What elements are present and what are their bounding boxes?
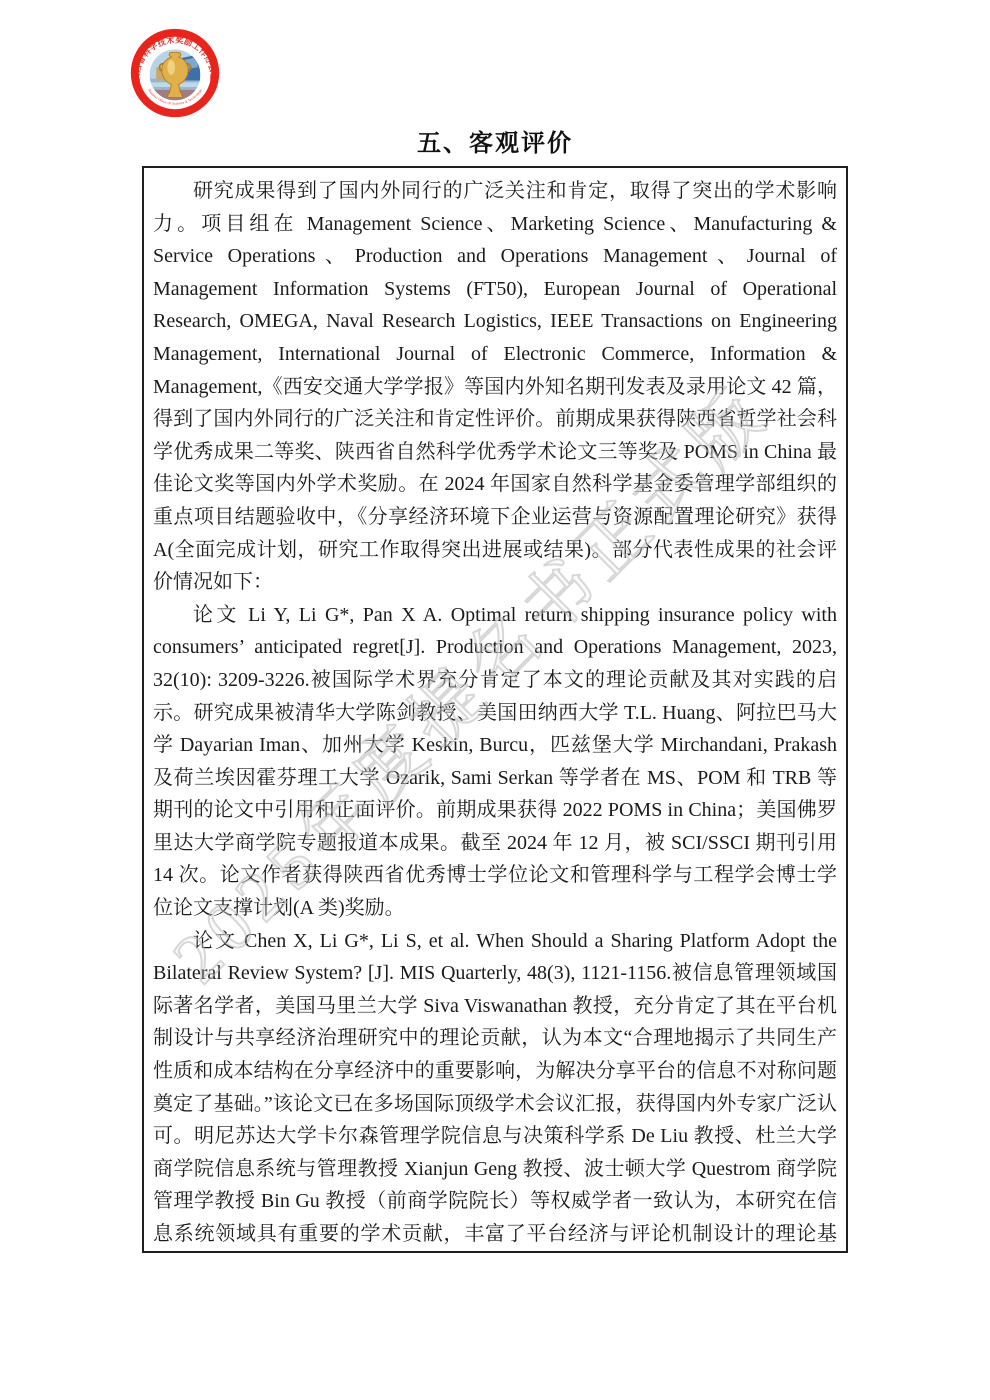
paragraph-overview: 研究成果得到了国内外同行的广泛关注和肯定，取得了突出的学术影响力。项目组在 Ma… — [153, 175, 837, 599]
document-page: 陕西省科学技术奖励工作办公室 Shaanxi Office Of Science… — [0, 0, 990, 1400]
paragraph-paper-2: 论文 Chen X, Li G*, Li S, et al. When Shou… — [153, 925, 837, 1253]
paragraph-paper-1: 论文 Li Y, Li G*, Pan X A. Optimal return … — [153, 599, 837, 925]
section-title: 五、客观评价 — [0, 123, 990, 158]
award-office-seal: 陕西省科学技术奖励工作办公室 Shaanxi Office Of Science… — [128, 26, 222, 120]
evaluation-text-box: 研究成果得到了国内外同行的广泛关注和肯定，取得了突出的学术影响力。项目组在 Ma… — [142, 166, 848, 1253]
